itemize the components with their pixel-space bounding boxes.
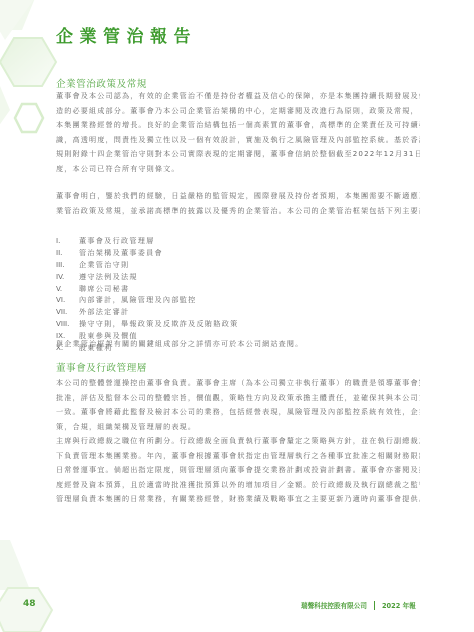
list-numeral: IV.: [56, 271, 78, 283]
text-line: 批准，評估及監督本公司的整體宗旨，價值觀，策略性方向及政策承擔主體責任，並確保其…: [56, 391, 420, 406]
footer-publication: 瑞聲科技控股有限公司2022 年報: [301, 600, 416, 610]
text-line: 度經營及資本預算，且於適當時批准獲批預算以外的增加項目／金額。於行政總裁及執行副…: [56, 478, 420, 493]
footer-report: 2022 年報: [382, 602, 416, 610]
list-label: 內部審計，風險管理及內部監控: [79, 294, 197, 306]
paragraph-board-responsibility: 本公司的整體營運操控由董事會負責。董事會主席（為本公司獨立非執行董事）的職責是領…: [56, 376, 420, 434]
text-line: 策，合規，組織架構及管理層的表現。: [56, 420, 420, 435]
text-line: 規則附錄十四企業管治守則對本公司實際表現的定期審閱，董事會信納於整個截至2022…: [56, 147, 420, 162]
list-label: 企業管治守則: [79, 259, 129, 271]
text-line: 造的必要組成部分。董事會乃本公司企業管治架構的中心，定期審閱及改進行為原則，政策…: [56, 104, 420, 119]
list-numeral: VII.: [56, 306, 78, 318]
text-line: 識，高透明度，問責性及獨立性以及一個有效設計，實施及執行之風險管理及內部監控系統…: [56, 133, 420, 148]
text-line: 業管治政策及常規，並承諾高標準的披露以及優秀的企業管治。本公司的企業管治框架包括…: [56, 204, 420, 219]
section-heading-governance-policy: 企業管治政策及常規: [56, 76, 147, 90]
text-line: 管理層負責本集團的日常業務，有關業務經營，財務業績及戰略事宜之主要更新乃適時向董…: [56, 492, 420, 507]
text-line: 本集團業務經營的增長。良好的企業管治結構包括一個高素質的董事會，高標準的企業責任…: [56, 118, 420, 133]
text-line: 董事會及本公司認為，有效的企業管治不僅是持份者權益及信心的保障，亦是本集團持續長…: [56, 89, 420, 104]
list-numeral: VIII.: [56, 318, 78, 330]
page-title: 企業管治報告: [56, 22, 197, 47]
text-line: 與企業管治框架有關的關鍵組成部分之詳情亦可於本公司網站查閱。: [56, 337, 420, 352]
text-line: 下負責管理本集團業務。年內，董事會根據董事會狀指定由管理層執行之各種事宜批准之相…: [56, 449, 420, 464]
footer-divider: [374, 601, 375, 610]
paragraph-board-understanding: 董事會明白，鑒於我們的經驗，日益嚴格的監管規定，國際發展及持份者預期，本集團需要…: [56, 189, 420, 218]
text-line: 本公司的整體營運操控由董事會負責。董事會主席（為本公司獨立非執行董事）的職責是領…: [56, 376, 420, 391]
footer-company: 瑞聲科技控股有限公司: [301, 602, 367, 610]
paragraph-governance-intro: 董事會及本公司認為，有效的企業管治不僅是持份者權益及信心的保障，亦是本集團持續長…: [56, 89, 420, 176]
text-line: 日常營運事宜。倘超出指定限度，則管理層須向董事會提交業務計劃或投資計劃書。董事會…: [56, 463, 420, 478]
list-numeral: II.: [56, 247, 78, 259]
list-label: 操守守則，舉報政策及反欺詐及反賄賂政策: [79, 318, 238, 330]
list-numeral: III.: [56, 259, 78, 271]
list-numeral: VI.: [56, 294, 78, 306]
list-label: 遵守法例及法規: [79, 271, 138, 283]
list-label: 董事會及行政管理層: [79, 235, 155, 247]
section-heading-board-management: 董事會及行政管理層: [56, 360, 147, 374]
text-line: 度，本公司已符合所有守則條文。: [56, 162, 420, 177]
list-numeral: I.: [56, 235, 78, 247]
text-line: 主席與行政總裁之職位有所劃分。行政總裁全面負責執行董事會釐定之策略與方針，並在執…: [56, 434, 420, 449]
text-line: 一致。董事會將藉此監督及檢討本公司的業務，包括經營表現，風險管理及內部監控系統有…: [56, 405, 420, 420]
page-number: 48: [23, 599, 36, 609]
paragraph-website-reference: 與企業管治框架有關的關鍵組成部分之詳情亦可於本公司網站查閱。: [56, 337, 420, 352]
text-line: 董事會明白，鑒於我們的經驗，日益嚴格的監管規定，國際發展及持份者預期，本集團需要…: [56, 189, 420, 204]
list-label: 外部法定審計: [79, 306, 129, 318]
list-label: 聯席公司秘書: [79, 283, 129, 295]
paragraph-chairman-ceo: 主席與行政總裁之職位有所劃分。行政總裁全面負責執行董事會釐定之策略與方針，並在執…: [56, 434, 420, 507]
list-label: 管治架構及董事委員會: [79, 247, 163, 259]
list-numeral: V.: [56, 283, 78, 295]
